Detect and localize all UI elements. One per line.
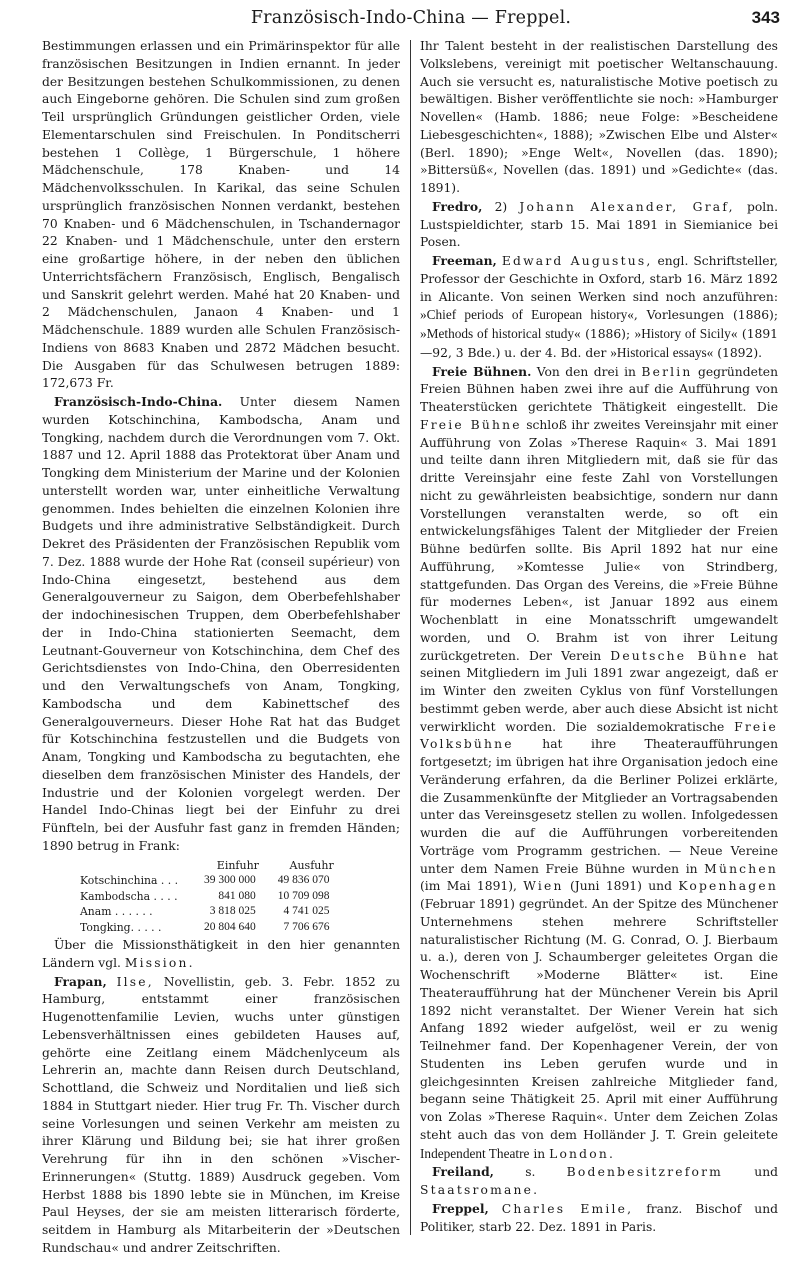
entry-frapan: Frapan, Ilse, Novellistin, geb. 3. Febr.… (42, 973, 400, 1258)
cross-reference-mission[interactable]: Mission (125, 956, 189, 970)
entry-text: (im Mai 1891), (420, 879, 523, 893)
row-label: Anam . . . . . . (80, 904, 204, 920)
row-label: Kambodscha . . . . (80, 889, 204, 905)
row-label: Kotschinchina . . . (80, 873, 204, 889)
page-header: Französisch-Indo-China — Freppel. 343 (42, 8, 780, 34)
entry-text: und (723, 1165, 778, 1179)
place-name: Berlin (641, 365, 692, 379)
cross-reference-staatsromane[interactable]: Staatsromane (420, 1183, 533, 1197)
entry-text: s. (525, 1165, 566, 1179)
left-column: Bestimmungen erlassen und ein Primärinsp… (42, 38, 400, 1258)
entry-given-name: Edward Augustus, (502, 254, 653, 268)
entry-freppel: Freppel, Charles Emile, franz. Bischof u… (420, 1200, 778, 1237)
entry-text: in (529, 1147, 549, 1161)
table-row: Kotschinchina . . . 39 300 000 49 836 07… (80, 873, 352, 889)
entry-freie-buehnen: Freie Bühnen. Von den drei in Berlin geg… (420, 363, 778, 1164)
right-column: Ihr Talent besteht in der realistischen … (420, 38, 778, 1236)
place-name: Wien (523, 879, 563, 893)
entry-headword: Freeman, (432, 253, 497, 268)
place-name: London (549, 1147, 609, 1161)
trade-table: Einfuhr Ausfuhr Kotschinchina . . . 39 3… (80, 858, 352, 936)
entry-given-name: Johann Alexander, Graf, (519, 200, 734, 214)
organization-name: Independent Theatre (420, 1146, 529, 1161)
column-header (80, 858, 204, 874)
reference-end: . (189, 956, 193, 970)
table-header-row: Einfuhr Ausfuhr (80, 858, 352, 874)
entry-number: 2) (495, 200, 508, 214)
entry-headword: Französisch-Indo-China. (54, 394, 222, 409)
entry-text: . (609, 1147, 613, 1161)
entry-text: . (533, 1183, 537, 1197)
entry-text: , Vorlesungen (1886); (634, 308, 778, 322)
entry-text: (Februar 1891) gegründet. An der Spitze … (420, 897, 778, 1142)
entry-headword: Frapan, (54, 974, 107, 989)
reference-text: Über die Missionsthätigkeit in den hier … (42, 938, 400, 970)
entry-freiland: Freiland, s. Bodenbesitzreform und Staat… (420, 1163, 778, 1200)
import-value: 39 300 000 (204, 873, 278, 889)
cross-reference-bodenbesitzreform[interactable]: Bodenbesitzreform (567, 1165, 723, 1179)
column-header: Ausfuhr (278, 858, 352, 874)
work-title: »Methods of historical study« (420, 326, 581, 341)
export-value: 49 836 070 (278, 873, 352, 889)
entry-given-name: Ilse, (117, 975, 154, 989)
entry-text: (1886); (581, 327, 635, 341)
entry-given-name: Charles Emile, (502, 1202, 634, 1216)
entry-text: (Juni 1891) und (564, 879, 679, 893)
entry-text: schloß ihr zweites Vereinsjahr mit einer… (420, 418, 778, 663)
page-number: 343 (752, 8, 780, 28)
entry-text: Von den drei in (537, 365, 642, 379)
entry-text: Unter diesem Namen wurden Kotschinchina,… (42, 395, 400, 853)
entry-headword: Freie Bühnen. (432, 364, 531, 379)
organization-name: Deutsche Bühne (610, 649, 748, 663)
entry-fredro: Fredro, 2) Johann Alexander, Graf, poln.… (420, 198, 778, 252)
work-title: »History of Sicily« (635, 326, 738, 341)
table-row: Kambodscha . . . . 841 080 10 709 098 (80, 889, 352, 905)
work-title: »Historical essays« (610, 345, 713, 360)
continued-paragraph: Ihr Talent besteht in der realistischen … (420, 38, 778, 198)
export-value: 7 706 676 (278, 920, 352, 936)
work-title: »Chief periods of European history« (420, 307, 634, 322)
import-value: 841 080 (204, 889, 278, 905)
entry-text: (1892). (713, 346, 762, 360)
export-value: 4 741 025 (278, 904, 352, 920)
row-label: Tongking. . . . . (80, 920, 204, 936)
entry-headword: Freiland, (432, 1164, 494, 1179)
entry-franzoesisch-indo-china: Französisch-Indo-China. Unter diesem Nam… (42, 393, 400, 856)
running-title: Französisch-Indo-China — Freppel. (42, 8, 780, 28)
place-name: München (704, 862, 778, 876)
mission-reference: Über die Missionsthätigkeit in den hier … (42, 937, 400, 973)
table-row: Anam . . . . . . 3 818 025 4 741 025 (80, 904, 352, 920)
import-value: 3 818 025 (204, 904, 278, 920)
column-divider (410, 40, 411, 1235)
continued-paragraph: Bestimmungen erlassen und ein Primärinsp… (42, 38, 400, 393)
entry-headword: Freppel, (432, 1201, 489, 1216)
place-name: Kopenhagen (678, 879, 778, 893)
entry-text: Novellistin, geb. 3. Febr. 1852 zu Hambu… (42, 975, 400, 1255)
column-header: Einfuhr (204, 858, 278, 874)
entry-freeman: Freeman, Edward Augustus, engl. Schrifts… (420, 252, 778, 363)
organization-name: Freie Bühne (420, 418, 522, 432)
table-row: Tongking. . . . . 20 804 640 7 706 676 (80, 920, 352, 936)
entry-text: hat ihre Theateraufführungen fortgesetzt… (420, 737, 778, 875)
export-value: 10 709 098 (278, 889, 352, 905)
entry-headword: Fredro, (432, 199, 482, 214)
import-value: 20 804 640 (204, 920, 278, 936)
